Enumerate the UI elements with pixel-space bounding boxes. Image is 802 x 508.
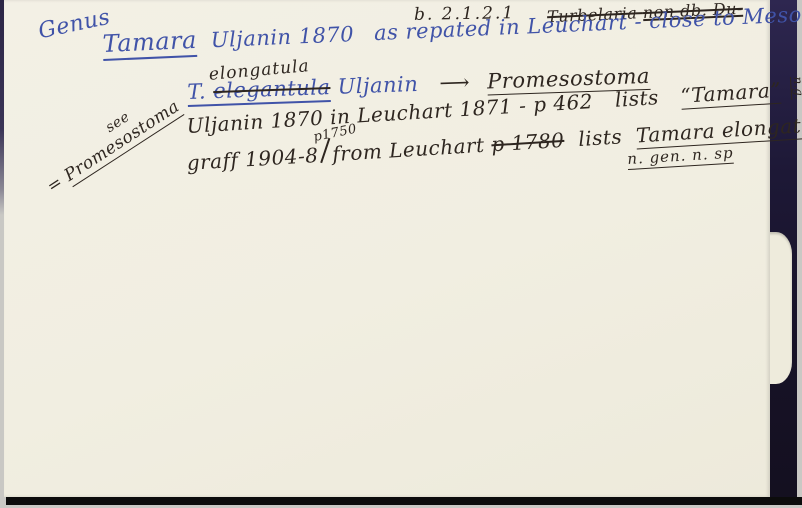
species-abbrev: T. <box>187 79 206 104</box>
see-promesostoma: = Promesostoma <box>37 92 190 201</box>
right-arrow-glyph: ⟶ <box>439 70 470 95</box>
tamara-authority: Uljanin 1870 <box>210 22 354 52</box>
struck-page-number: p 1780 <box>491 128 565 156</box>
reference1-listed-name: “Tamara” <box>680 78 782 110</box>
reference2-continuation: from Leuchart <box>332 133 486 166</box>
index-card: Genus b. 2.1.2.1 Turbelaria non db. Du- … <box>4 0 770 497</box>
diagonal-see-note: see = Promesostoma <box>28 79 190 202</box>
scan-bottom-bar <box>6 497 802 505</box>
elongatula-authority: Uljanin <box>337 72 419 99</box>
card-behind-corner <box>768 232 792 384</box>
reference1-annotation: n.g. <box>790 76 802 100</box>
genus-name-tamara: Tamara <box>102 26 198 61</box>
genus-label: Genus <box>36 5 112 45</box>
reference1-lists-label: lists <box>614 85 659 112</box>
page-insertion: p1750 <box>318 141 333 162</box>
reference2-lists-label: lists <box>578 124 623 151</box>
reference2-citation: graff 1904-8 <box>186 143 319 175</box>
